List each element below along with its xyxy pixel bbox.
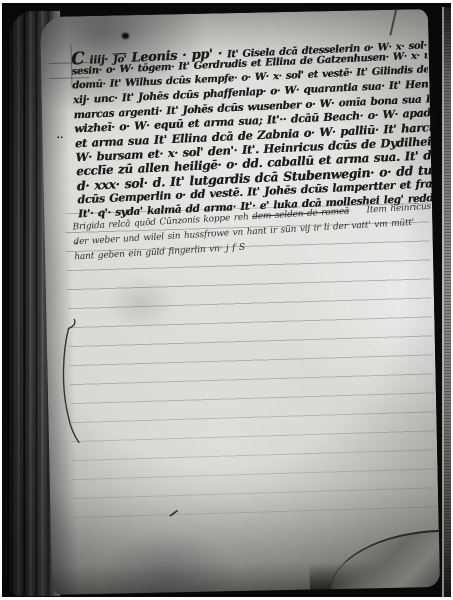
- main-text-block: C iiij· Jo' Leonis · pp' · It' Gisela dc…: [71, 34, 434, 221]
- manuscript-page: C iiij· Jo' Leonis · pp' · It' Gisela dc…: [40, 9, 440, 595]
- addition-text: Item heinricus hyttenberg': [366, 200, 432, 216]
- ink-blot: [122, 33, 128, 38]
- parchment-crack: [389, 10, 397, 36]
- photo-background: C iiij· Jo' Leonis · pp' · It' Gisela dc…: [2, 3, 451, 597]
- margin-mark: ··: [56, 133, 63, 144]
- book-fore-edge-right: [442, 7, 451, 597]
- page-curl-corner: [329, 530, 440, 592]
- photo-frame: C iiij· Jo' Leonis · pp' · It' Gisela dc…: [0, 0, 453, 600]
- initial-flourish-stroke: [58, 316, 83, 446]
